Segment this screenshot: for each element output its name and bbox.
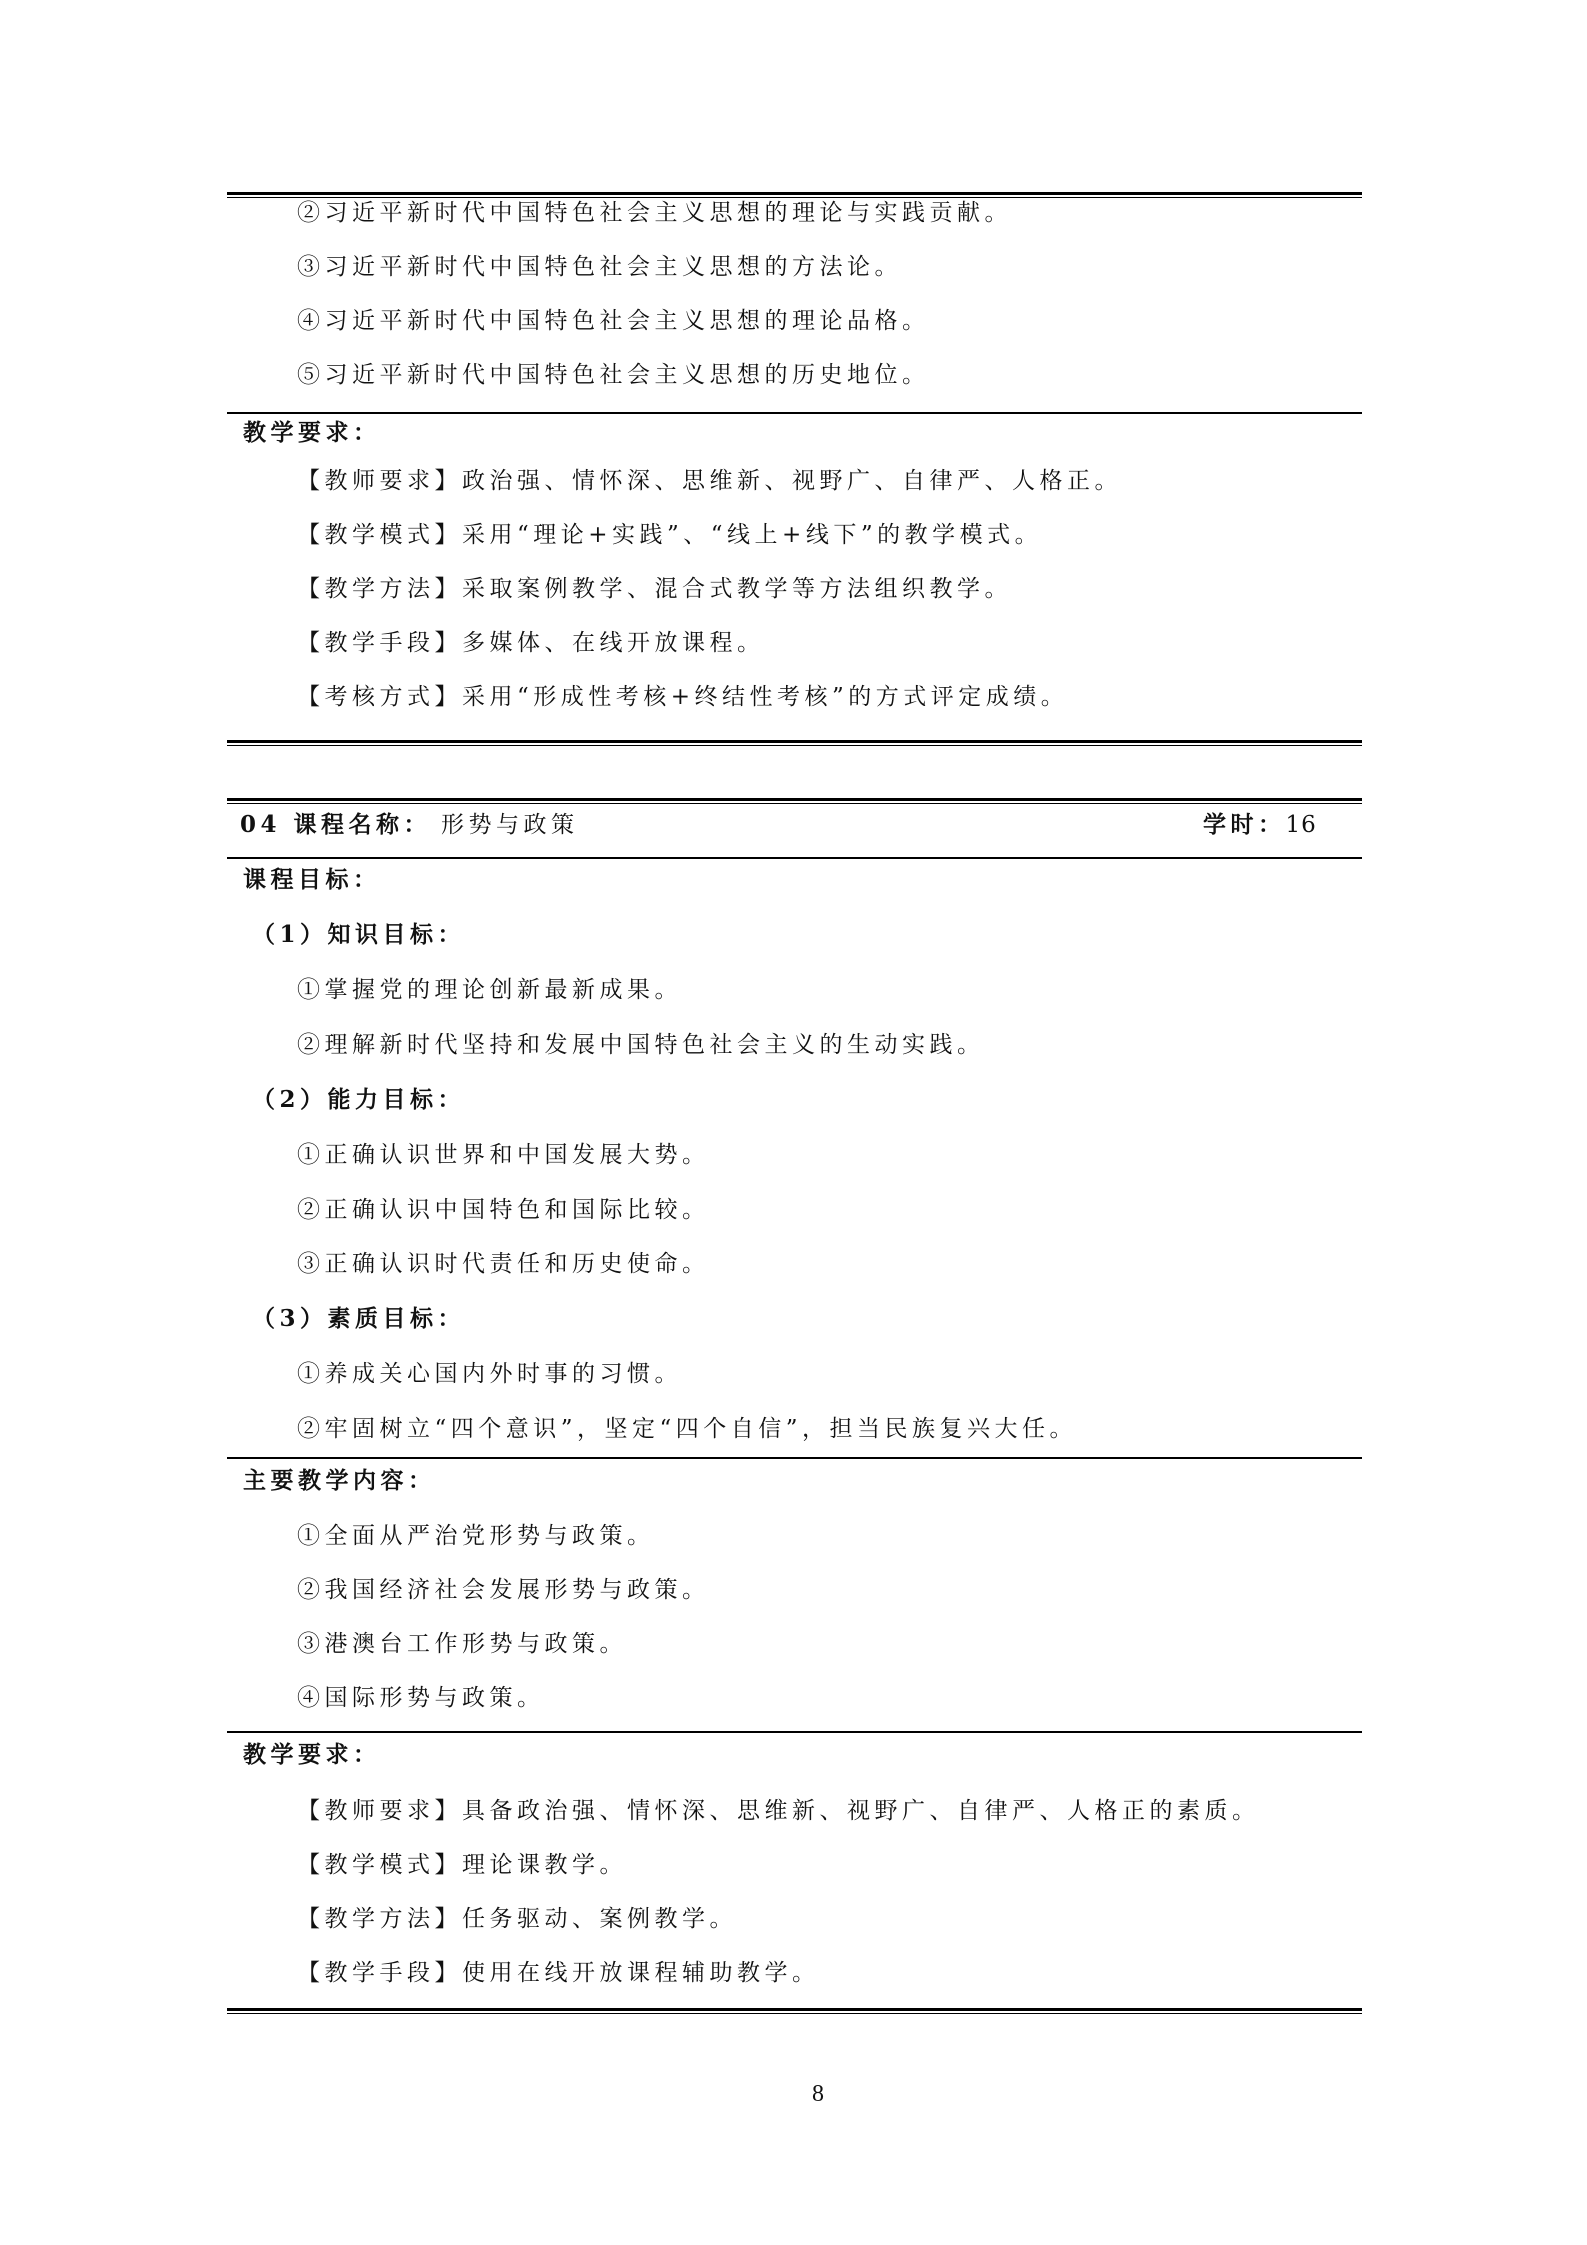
objective-item: ②理解新时代坚持和发展中国特色社会主义的生动实践。	[297, 1030, 985, 1060]
requirement-item: 【考核方式】采用“形成性考核+终结性考核”的方式评定成绩。	[297, 682, 1068, 712]
content-item: ④国际形势与政策。	[297, 1683, 545, 1713]
requirement-item: 【教学手段】多媒体、在线开放课程。	[297, 628, 765, 658]
requirement-item: 【教学方法】采取案例教学、混合式教学等方法组织教学。	[297, 574, 1012, 604]
content-item: ②习近平新时代中国特色社会主义思想的理论与实践贡献。	[297, 198, 1012, 228]
objective-item: ③正确认识时代责任和历史使命。	[297, 1249, 710, 1279]
hours-value: 16	[1286, 812, 1317, 838]
objective-item: ②正确认识中国特色和国际比较。	[297, 1195, 710, 1225]
requirements-heading: 教学要求：	[243, 418, 381, 448]
requirement-item: 【教学手段】使用在线开放课程辅助教学。	[297, 1958, 820, 1988]
objective-item: ①掌握党的理论创新最新成果。	[297, 975, 682, 1005]
content-item: ⑤习近平新时代中国特色社会主义思想的历史地位。	[297, 360, 930, 390]
objective-item: ②牢固树立“四个意识”，坚定“四个自信”，担当民族复兴大任。	[297, 1414, 1077, 1444]
content-item: ③习近平新时代中国特色社会主义思想的方法论。	[297, 252, 902, 282]
objectives-heading: 课程目标：	[243, 865, 381, 895]
requirement-item: 【教学模式】理论课教学。	[297, 1850, 627, 1880]
table-bottom-double-rule	[227, 740, 1362, 746]
content-item: ③港澳台工作形势与政策。	[297, 1629, 627, 1659]
section-divider	[227, 1731, 1362, 1733]
requirement-item: 【教学方法】任务驱动、案例教学。	[297, 1904, 737, 1934]
course-hours: 学时：16	[1203, 810, 1317, 840]
content-item: ①全面从严治党形势与政策。	[297, 1521, 655, 1551]
objective-item: ①正确认识世界和中国发展大势。	[297, 1140, 710, 1170]
course-name-row: 04 课程名称：形势与政策	[240, 810, 579, 840]
quality-objectives-heading: （3）素质目标：	[252, 1304, 465, 1334]
requirements-heading: 教学要求：	[243, 1740, 381, 1770]
section-divider	[227, 1457, 1362, 1459]
content-item: ②我国经济社会发展形势与政策。	[297, 1575, 710, 1605]
hours-label: 学时：	[1203, 811, 1286, 838]
requirement-item: 【教学模式】采用“理论+实践”、“线上+线下”的教学模式。	[297, 520, 1042, 550]
requirement-item: 【教师要求】具备政治强、情怀深、思维新、视野广、自律严、人格正的素质。	[297, 1796, 1260, 1826]
requirement-item: 【教师要求】政治强、情怀深、思维新、视野广、自律严、人格正。	[297, 466, 1122, 496]
content-item: ④习近平新时代中国特色社会主义思想的理论品格。	[297, 306, 930, 336]
section-divider	[227, 412, 1362, 414]
course-name-label: 04 课程名称：	[240, 811, 431, 838]
course-name-value: 形势与政策	[441, 812, 579, 838]
section-divider	[227, 857, 1362, 859]
objective-item: ①养成关心国内外时事的习惯。	[297, 1359, 682, 1389]
content-heading: 主要教学内容：	[243, 1466, 436, 1496]
page-number: 8	[812, 2081, 824, 2108]
ability-objectives-heading: （2）能力目标：	[252, 1085, 465, 1115]
table-bottom-double-rule	[227, 2008, 1362, 2014]
table-top-double-rule	[227, 798, 1362, 804]
knowledge-objectives-heading: （1）知识目标：	[252, 920, 465, 950]
